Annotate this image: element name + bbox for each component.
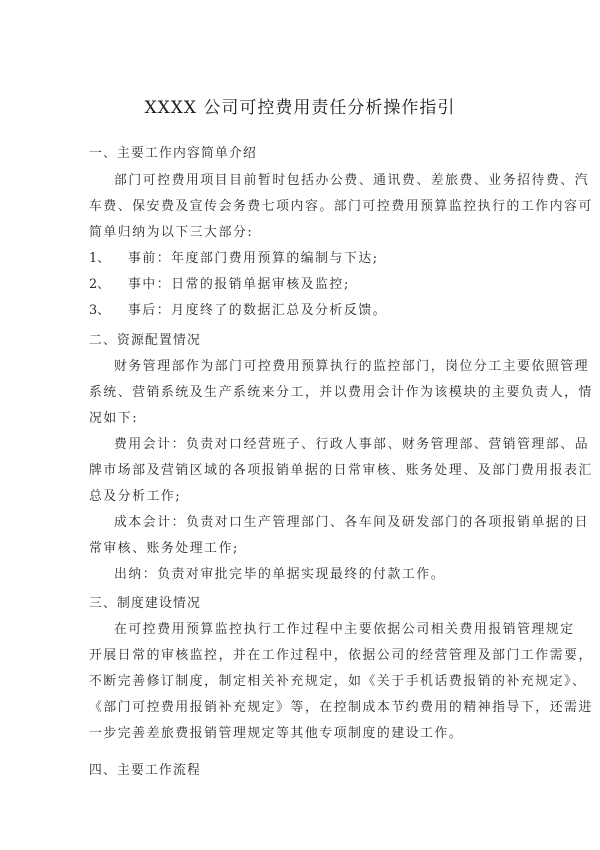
paragraph-line: 况如下: xyxy=(89,407,138,426)
paragraph-line: 费用会计：负责对口经营班子、行政人事部、财务管理部、营销管理部、品 xyxy=(114,433,589,452)
paragraph-line: 财务管理部作为部门可控费用预算执行的监控部门，岗位分工主要依照管理 xyxy=(114,355,589,374)
paragraph-line: 在可控费用预算监控执行工作过程中主要依据公司相关费用报销管理规定 xyxy=(114,618,575,637)
paragraph-line: 《部门可控费用报销补充规定》等，在控制成本节约费用的精神指导下，还需进 xyxy=(89,696,593,715)
section-heading-2: 二、资源配置情况 xyxy=(89,329,201,348)
paragraph-line: 成本会计：负责对口生产管理部门、各车间及研发部门的各项报销单据的日 xyxy=(114,511,589,530)
paragraph-line: 部门可控费用项目目前暂时包括办公费、通讯费、差旅费、业务招待费、汽 xyxy=(114,169,589,188)
list-number: 1、 xyxy=(89,247,110,266)
paragraph-line: 常审核、账务处理工作; xyxy=(89,537,239,556)
section-heading-1: 一、主要工作内容简单介绍 xyxy=(89,142,257,161)
paragraph-line: 开展日常的审核监控，并在工作过程中，依据公司的经营管理及部门工作需要， xyxy=(89,644,593,663)
paragraph-line: 牌市场部及营销区域的各项报销单据的日常审核、账务处理、及部门费用报表汇 xyxy=(89,459,593,478)
list-number: 3、 xyxy=(89,299,110,318)
list-number: 2、 xyxy=(89,273,110,292)
paragraph-line: 总及分析工作; xyxy=(89,485,181,504)
paragraph-line: 简单归纳为以下三大部分: xyxy=(89,221,253,240)
paragraph-line: 车费、保安费及宣传会务费七项内容。部门可控费用预算监控执行的工作内容可 xyxy=(89,195,593,214)
document-page: XXXX 公司可控费用责任分析操作指引 一、主要工作内容简单介绍 部门可控费用项… xyxy=(0,0,600,850)
section-heading-4: 四、主要工作流程 xyxy=(89,759,201,778)
list-item: 事中：日常的报销单据审核及监控; xyxy=(128,273,350,292)
list-item: 事前：年度部门费用预算的编制与下达; xyxy=(128,247,379,266)
document-title: XXXX 公司可控费用责任分析操作指引 xyxy=(0,93,600,118)
list-item: 事后：月度终了的数据汇总及分析反馈。 xyxy=(128,299,387,318)
section-heading-3: 三、制度建设情况 xyxy=(89,592,201,611)
paragraph-line: 不断完善修订制度，制定相关补充规定，如《关于手机话费报销的补充规定》、 xyxy=(89,670,587,689)
paragraph-line: 系统、营销系统及生产系统来分工，并以费用会计作为该模块的主要负责人，情 xyxy=(89,381,593,400)
paragraph-line: 出纳：负责对审批完毕的单据实现最终的付款工作。 xyxy=(114,563,445,582)
paragraph-line: 一步完善差旅费报销管理规定等其他专项制度的建设工作。 xyxy=(89,722,463,741)
